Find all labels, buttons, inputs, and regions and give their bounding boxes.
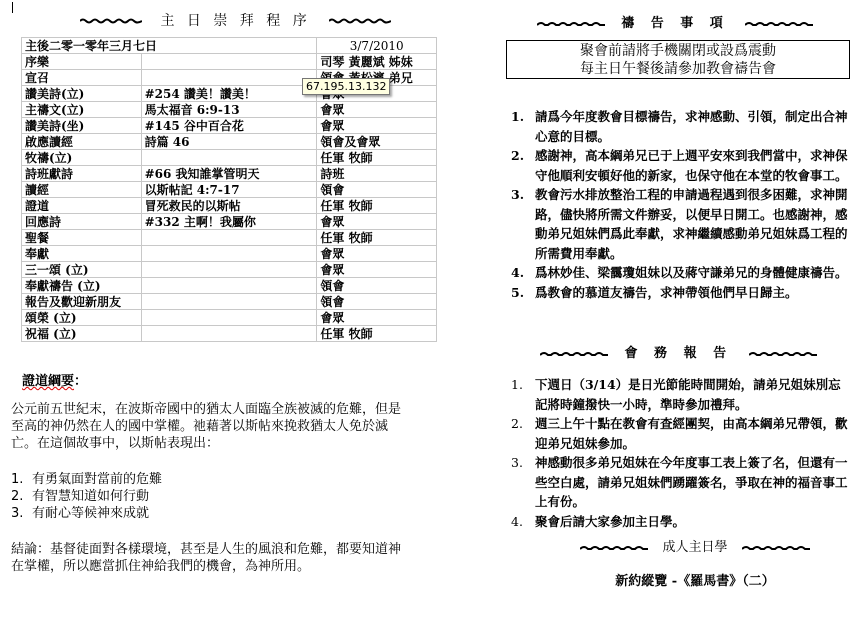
date-row: 主後二零一零年三月七日 3/7/2010 (22, 38, 437, 54)
list-item: 3.教會污水排放整治工程的申請過程遇到很多困難，求神開路，儘快將所需文件辦妥，以… (511, 185, 851, 263)
order-item-cell[interactable]: 祝福 (立) (22, 326, 142, 342)
order-detail-cell[interactable]: #254 讚美！讚美！ (141, 86, 317, 102)
ornament-left-icon (540, 351, 608, 357)
order-item-cell[interactable]: 主禱文(立) (22, 102, 142, 118)
ornament-left-icon (537, 21, 605, 27)
order-detail-cell[interactable] (141, 262, 317, 278)
order-item-cell[interactable]: 詩班獻詩 (22, 166, 142, 182)
list-text: 有智慧知道如何行動 (32, 489, 149, 504)
list-text: 下週日（3/14）是日光節能時間開始，請弟兄姐妹別忘記將時鐘撥快一小時，準時參加… (535, 377, 841, 412)
order-item-cell[interactable]: 報告及歡迎新朋友 (22, 294, 142, 310)
order-leader-cell[interactable]: 司琴 黃麗斌 姊妹 (317, 54, 437, 70)
list-number: 3. (11, 505, 32, 522)
list-text: 週三上午十點在教會有查經團契，由高本綱弟兄帶領，歡迎弟兄姐妹參加。 (535, 416, 848, 451)
order-item-cell[interactable]: 序樂 (22, 54, 142, 70)
ip-tooltip: 67.195.13.132 (302, 78, 390, 95)
list-text: 聚會后請大家參加主日學。 (535, 514, 685, 529)
order-item-cell[interactable]: 讚美詩(坐) (22, 118, 142, 134)
table-row: 頌榮 (立)會眾 (22, 310, 437, 326)
order-item-cell[interactable]: 宣召 (22, 70, 142, 86)
ornament-right-icon (329, 18, 391, 24)
table-row: 回應詩#332 主啊！我屬你會眾 (22, 214, 437, 230)
order-item-cell[interactable]: 聖餐 (22, 230, 142, 246)
order-leader-cell[interactable]: 領會 (317, 278, 437, 294)
order-detail-cell[interactable]: #332 主啊！我屬你 (141, 214, 317, 230)
table-row: 奉獻會眾 (22, 246, 437, 262)
prayer-section-title: 禱 告 事 項 (530, 12, 820, 31)
list-number: 1. (511, 375, 523, 395)
list-item: 1.請爲今年度教會目標禱告，求神感動、引領，制定出合神心意的目標。 (511, 107, 851, 146)
sunday-school-subtitle: 新約縱覽 -《羅馬書》（二） (560, 570, 830, 589)
section-title-text: 會 務 報 告 (625, 346, 733, 361)
table-row: 聖餐任軍 牧師 (22, 230, 437, 246)
table-row: 詩班獻詩#66 我知誰掌管明天詩班 (22, 166, 437, 182)
table-row: 祝福 (立)任軍 牧師 (22, 326, 437, 342)
list-text: 請爲今年度教會目標禱告，求神感動、引領，制定出合神心意的目標。 (535, 109, 848, 144)
table-row: 主禱文(立)馬太福音 6:9-13會眾 (22, 102, 437, 118)
order-leader-cell[interactable]: 領會及會眾 (317, 134, 437, 150)
list-item: 3.神感動很多弟兄姐妹在今年度事工表上簽了名，但還有一些空白處，請弟兄姐妹們踴躍… (511, 453, 849, 512)
order-detail-cell[interactable] (141, 230, 317, 246)
affairs-items-list: 1.下週日（3/14）是日光節能時間開始，請弟兄姐妹別忘記將時鐘撥快一小時，準時… (511, 375, 849, 531)
order-detail-cell[interactable] (141, 294, 317, 310)
list-number: 3. (511, 453, 523, 473)
list-item: 1.下週日（3/14）是日光節能時間開始，請弟兄姐妹別忘記將時鐘撥快一小時，準時… (511, 375, 849, 414)
heading-text: 證道綱要 (22, 374, 74, 389)
list-item: 1.有勇氣面對當前的危難 (11, 471, 162, 488)
list-number: 2. (511, 414, 523, 434)
order-item-cell[interactable]: 頌榮 (立) (22, 310, 142, 326)
order-leader-cell[interactable]: 會眾 (317, 310, 437, 326)
text-cursor (12, 2, 13, 13)
sermon-conclusion: 結論：基督徒面對各樣環境，甚至是人生的風浪和危難，都要知道神在掌權，所以應當抓住… (11, 541, 411, 575)
order-detail-cell[interactable] (141, 310, 317, 326)
table-row: 牧禱(立)任軍 牧師 (22, 150, 437, 166)
sunday-school-title: 成人主日學 (560, 536, 830, 555)
order-leader-cell[interactable]: 領會 (317, 182, 437, 198)
list-text: 神感動很多弟兄姐妹在今年度事工表上簽了名，但還有一些空白處，請弟兄姐妹們踴躍簽名… (535, 455, 848, 509)
table-row: 報告及歡迎新朋友領會 (22, 294, 437, 310)
ornament-right-icon (742, 545, 810, 551)
ornament-left-icon (580, 545, 648, 551)
section-title-text: 禱 告 事 項 (621, 16, 729, 31)
order-item-cell[interactable]: 證道 (22, 198, 142, 214)
table-row: 讀經以斯帖記 4:7-17領會 (22, 182, 437, 198)
sermon-points-list: 1.有勇氣面對當前的危難2.有智慧知道如何行動3.有耐心等候神來成就 (11, 471, 162, 522)
list-number: 2. (511, 146, 524, 166)
order-detail-cell[interactable]: #145 谷中百合花 (141, 118, 317, 134)
list-number: 1. (511, 107, 524, 127)
sermon-outline-heading: 證道綱要： (22, 370, 87, 389)
order-leader-cell[interactable]: 領會 (317, 294, 437, 310)
list-text: 有勇氣面對當前的危難 (32, 472, 162, 487)
heading-colon: ： (74, 374, 87, 389)
list-text: 教會污水排放整治工程的申請過程遇到很多困難，求神開路，儘快將所需文件辦妥，以便早… (535, 187, 848, 261)
order-item-cell[interactable]: 讀經 (22, 182, 142, 198)
notice-line-1: 聚會前請將手機關閉或設爲震動 (507, 42, 849, 60)
table-row: 啟應讀經詩篇 46領會及會眾 (22, 134, 437, 150)
order-item-cell[interactable]: 讚美詩(立) (22, 86, 142, 102)
list-number: 1. (11, 471, 32, 488)
list-text: 有耐心等候神來成就 (32, 506, 149, 521)
table-row: 讚美詩(坐)#145 谷中百合花會眾 (22, 118, 437, 134)
order-leader-cell[interactable]: 詩班 (317, 166, 437, 182)
table-row: 證道冒死救民的以斯帖任軍 牧師 (22, 198, 437, 214)
worship-order-title: 主 日 崇 拜 程 序 (80, 10, 360, 30)
list-number: 2. (11, 488, 32, 505)
list-item: 2.週三上午十點在教會有查經團契，由高本綱弟兄帶領，歡迎弟兄姐妹參加。 (511, 414, 849, 453)
order-detail-cell[interactable]: 馬太福音 6:9-13 (141, 102, 317, 118)
list-number: 3. (511, 185, 524, 205)
prayer-items-list: 1.請爲今年度教會目標禱告，求神感動、引領，制定出合神心意的目標。2.感謝神，高… (511, 107, 851, 302)
list-number: 4. (511, 512, 523, 532)
ornament-right-icon (745, 21, 813, 27)
section-title-text: 成人主日學 (662, 540, 727, 555)
list-number: 5. (511, 283, 524, 303)
list-number: 4. (511, 263, 524, 283)
order-item-cell[interactable]: 奉獻禱告 (立) (22, 278, 142, 294)
order-item-cell[interactable]: 奉獻 (22, 246, 142, 262)
list-item: 4.爲林妙佳、梁靄瓊姐妹以及蔣守謙弟兄的身體健康禱告。 (511, 263, 851, 283)
ornament-left-icon (80, 18, 142, 24)
order-detail-cell[interactable] (141, 150, 317, 166)
page-title: 主 日 崇 拜 程 序 (160, 13, 310, 29)
notice-line-2: 每主日午餐後請參加教會禱告會 (507, 60, 849, 78)
order-leader-cell[interactable]: 任軍 牧師 (317, 230, 437, 246)
order-detail-cell[interactable] (141, 278, 317, 294)
sermon-intro: 公元前五世紀末，在波斯帝國中的猶太人面臨全族被滅的危難，但是至高的神仍然在人的國… (11, 401, 411, 452)
notice-box: 聚會前請將手機關閉或設爲震動 每主日午餐後請參加教會禱告會 (506, 40, 850, 79)
order-item-cell[interactable]: 牧禱(立) (22, 150, 142, 166)
list-item: 2.感謝神，高本綱弟兄已于上週平安來到我們當中，求神保守他順利安頓好他的新家，也… (511, 146, 851, 185)
order-detail-cell[interactable]: 以斯帖記 4:7-17 (141, 182, 317, 198)
order-leader-cell[interactable]: 會眾 (317, 262, 437, 278)
order-leader-cell[interactable]: 任軍 牧師 (317, 150, 437, 166)
order-detail-cell[interactable]: #66 我知誰掌管明天 (141, 166, 317, 182)
table-row: 奉獻禱告 (立)領會 (22, 278, 437, 294)
order-leader-cell[interactable]: 任軍 牧師 (317, 198, 437, 214)
table-row: 序樂司琴 黃麗斌 姊妹 (22, 54, 437, 70)
list-item: 5.爲教會的慕道友禱告，求神帶領他們早日歸主。 (511, 283, 851, 303)
list-item: 3.有耐心等候神來成就 (11, 505, 162, 522)
order-detail-cell[interactable] (141, 326, 317, 342)
table-row: 三一頌 (立)會眾 (22, 262, 437, 278)
order-leader-cell[interactable]: 任軍 牧師 (317, 326, 437, 342)
list-item: 4.聚會后請大家參加主日學。 (511, 512, 849, 532)
ornament-right-icon (749, 351, 817, 357)
order-leader-cell[interactable]: 會眾 (317, 246, 437, 262)
list-item: 2.有智慧知道如何行動 (11, 488, 162, 505)
order-leader-cell[interactable]: 會眾 (317, 102, 437, 118)
list-text: 爲林妙佳、梁靄瓊姐妹以及蔣守謙弟兄的身體健康禱告。 (535, 265, 848, 280)
order-item-cell[interactable]: 啟應讀經 (22, 134, 142, 150)
order-item-cell[interactable]: 三一頌 (立) (22, 262, 142, 278)
order-leader-cell[interactable]: 會眾 (317, 118, 437, 134)
order-detail-cell[interactable]: 詩篇 46 (141, 134, 317, 150)
list-text: 感謝神，高本綱弟兄已于上週平安來到我們當中，求神保守他順利安頓好他的新家，也保守… (535, 148, 848, 183)
order-leader-cell[interactable]: 會眾 (317, 214, 437, 230)
affairs-section-title: 會 務 報 告 (540, 342, 810, 361)
date-cell-numeric[interactable]: 3/7/2010 (317, 38, 437, 54)
order-detail-cell[interactable] (141, 70, 317, 86)
date-cell-chinese[interactable]: 主後二零一零年三月七日 (22, 38, 317, 54)
order-detail-cell[interactable] (141, 246, 317, 262)
order-detail-cell[interactable] (141, 54, 317, 70)
order-item-cell[interactable]: 回應詩 (22, 214, 142, 230)
order-detail-cell[interactable]: 冒死救民的以斯帖 (141, 198, 317, 214)
list-text: 爲教會的慕道友禱告，求神帶領他們早日歸主。 (535, 285, 798, 300)
